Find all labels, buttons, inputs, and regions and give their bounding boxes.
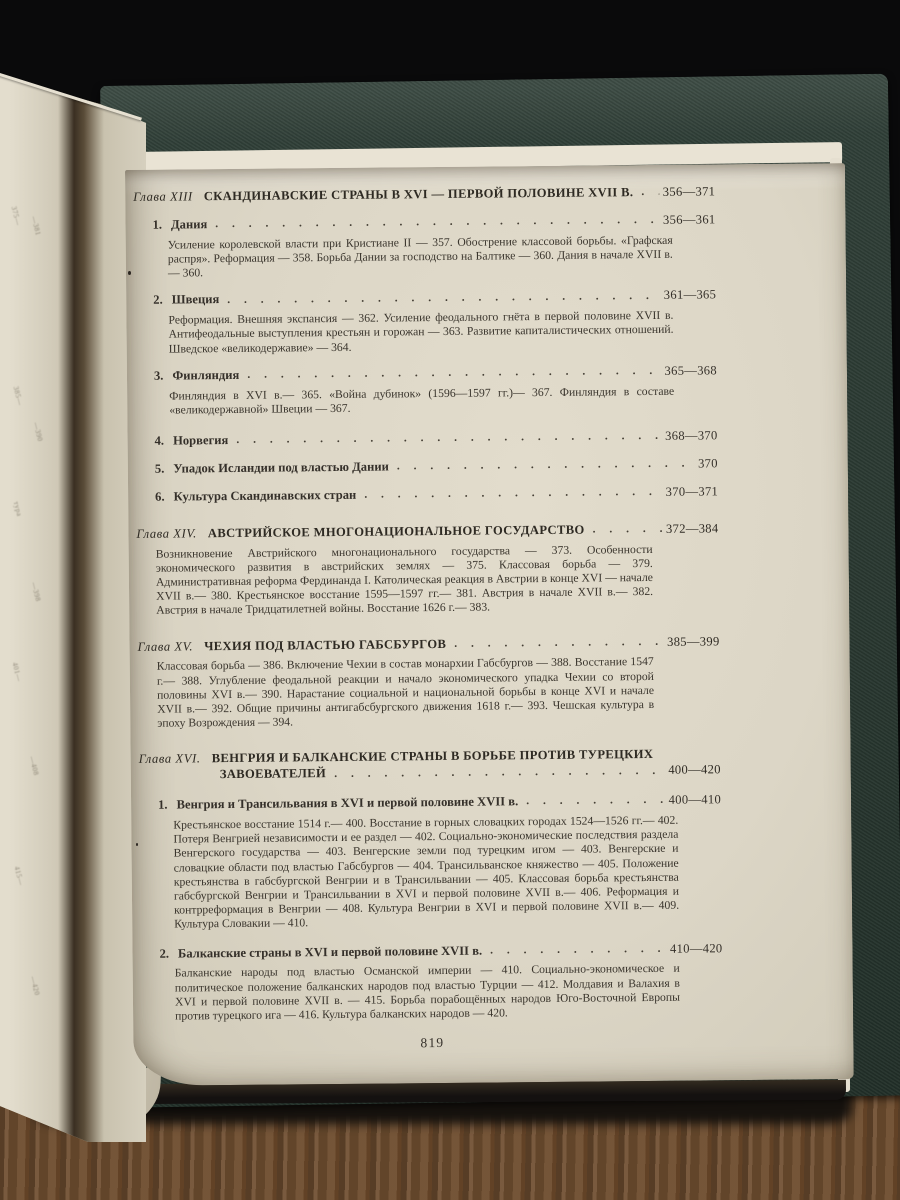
showthrough-fragment: —420 (29, 976, 41, 997)
dot-leader (526, 793, 665, 809)
toc-entry: 5. Упадок Исландии под властью Дании 370 (155, 456, 718, 477)
chapter-heading: Глава XV. ЧЕХИЯ ПОД ВЛАСТЬЮ ГАБСБУРГОВ 3… (138, 634, 720, 655)
entry-title: Дания (171, 217, 207, 233)
dot-leader (641, 185, 659, 200)
entry-title: Норвегия (173, 433, 228, 449)
toc-page: Глава XIII СКАНДИНАВСКИЕ СТРАНЫ В XVI — … (125, 163, 854, 1086)
toc-entry: 3. Финляндия 365—368 (154, 363, 717, 384)
chapter-label: Глава XIII (133, 189, 193, 205)
page-range: 385—399 (667, 634, 720, 650)
dot-leader (490, 942, 666, 958)
showthrough-fragment: тура (12, 501, 23, 518)
page-range: 370 (698, 456, 718, 472)
chapter-heading: Глава XIV. АВСТРИЙСКОЕ МНОГОНАЦИОНАЛЬНОЕ… (136, 521, 718, 542)
chapter-label: Глава XV. (138, 639, 194, 655)
entry-number: 3. (154, 368, 164, 384)
dot-leader (454, 635, 663, 651)
chapter-title: СКАНДИНАВСКИЕ СТРАНЫ В XVI — ПЕРВОЙ ПОЛО… (204, 185, 634, 205)
dot-leader (364, 485, 661, 502)
chapter-summary: Классовая борьба — 386. Включение Чехии … (157, 655, 655, 731)
page-range: 410—420 (670, 941, 723, 957)
table-of-contents: Глава XIII СКАНДИНАВСКИЕ СТРАНЫ В XVI — … (133, 184, 723, 1054)
showthrough-fragment: 385— (12, 386, 24, 407)
chapter-summary: Возникновение Австрийского многонационал… (156, 542, 654, 618)
page-range: 400—420 (668, 763, 721, 779)
page-range: 372—384 (666, 521, 719, 537)
toc-entry: 1. Венгрия и Трансильвания в XVI и перво… (158, 792, 721, 813)
chapter-title: АВСТРИЙСКОЕ МНОГОНАЦИОНАЛЬНОЕ ГОСУДАРСТВ… (208, 522, 585, 541)
entry-number: 1. (152, 218, 162, 234)
page-range: 356—361 (663, 212, 716, 228)
chapter-title-line2: ЗАВОЕВАТЕЛЕЙ (220, 766, 327, 783)
entry-title: Упадок Исландии под властью Дании (173, 459, 389, 477)
ink-speck (136, 843, 138, 846)
book-photo: 375— —381 385— —390 тура —398 401— —408 … (0, 0, 900, 1200)
entry-title: Культура Скандинавских стран (174, 488, 357, 506)
showthrough-fragment: —390 (32, 422, 44, 443)
entry-number: 4. (155, 434, 165, 450)
toc-entry: 1. Дания 356—361 (152, 212, 715, 233)
entry-summary: Крестьянское восстание 1514 г.— 400. Вос… (173, 814, 679, 932)
page-range: 368—370 (665, 428, 718, 444)
entry-summary: Реформация. Внешняя экспансия — 362. Уси… (168, 309, 673, 356)
entry-summary: Усиление королевской власти при Кристиан… (168, 233, 673, 280)
entry-number: 5. (155, 462, 165, 478)
dot-leader (397, 457, 694, 474)
toc-entry: 2. Швеция 361—365 (153, 288, 716, 309)
showthrough-fragment: 401— (11, 662, 23, 683)
chapter-heading: Глава XIII СКАНДИНАВСКИЕ СТРАНЫ В XVI — … (133, 184, 715, 205)
page-range: 400—410 (669, 792, 722, 808)
toc-entry: 2. Балканские страны в XVI и первой поло… (159, 941, 722, 962)
entry-title: Финляндия (172, 368, 239, 385)
entry-number: 2. (153, 293, 163, 309)
entry-number: 1. (158, 798, 168, 814)
chapter-13: Глава XIII СКАНДИНАВСКИЕ СТРАНЫ В XVI — … (133, 184, 718, 505)
chapter-16: Глава XVI. ВЕНГРИЯ И БАЛКАНСКИЕ СТРАНЫ В… (139, 747, 724, 1024)
chapter-label: Глава XIV. (136, 526, 197, 542)
toc-entry: 6. Культура Скандинавских стран 370—371 (155, 484, 718, 505)
entry-title: Балканские страны в XVI и первой половин… (178, 943, 482, 962)
dot-leader (215, 213, 659, 232)
showthrough-fragment: 415— (13, 866, 25, 887)
entry-summary: Финляндия в XVI в.— 365. «Война дубинок»… (169, 384, 674, 417)
showthrough-fragment: —408 (28, 756, 40, 777)
dot-leader (236, 429, 661, 448)
toc-entry: 4. Норвегия 368—370 (155, 428, 718, 449)
showthrough-fragment: —381 (30, 216, 42, 237)
page-range: 365—368 (664, 363, 717, 379)
page-range: 361—365 (664, 288, 717, 304)
entry-number: 6. (155, 489, 165, 505)
page-range: 370—371 (666, 484, 719, 500)
chapter-15: Глава XV. ЧЕХИЯ ПОД ВЛАСТЬЮ ГАБСБУРГОВ 3… (138, 634, 721, 731)
dot-leader (247, 364, 660, 382)
dot-leader (592, 522, 662, 537)
showthrough-fragment: —398 (30, 582, 42, 603)
entry-title: Венгрия и Трансильвания в XVI и первой п… (176, 794, 518, 813)
chapter-14: Глава XIV. АВСТРИЙСКОЕ МНОГОНАЦИОНАЛЬНОЕ… (136, 521, 719, 618)
page-range: 356—371 (663, 184, 716, 200)
entry-title: Швеция (172, 292, 220, 308)
chapter-title: ЧЕХИЯ ПОД ВЛАСТЬЮ ГАБСБУРГОВ (204, 636, 446, 654)
folio-page-number: 819 (141, 1032, 723, 1055)
entry-summary: Балканские народы под властью Османской … (175, 962, 681, 1024)
dot-leader (227, 289, 660, 308)
showthrough-fragment: 375— (10, 206, 22, 227)
ink-speck (128, 271, 131, 275)
dot-leader (334, 763, 664, 781)
chapter-label: Глава XVI. (139, 752, 201, 768)
entry-number: 2. (159, 946, 169, 962)
